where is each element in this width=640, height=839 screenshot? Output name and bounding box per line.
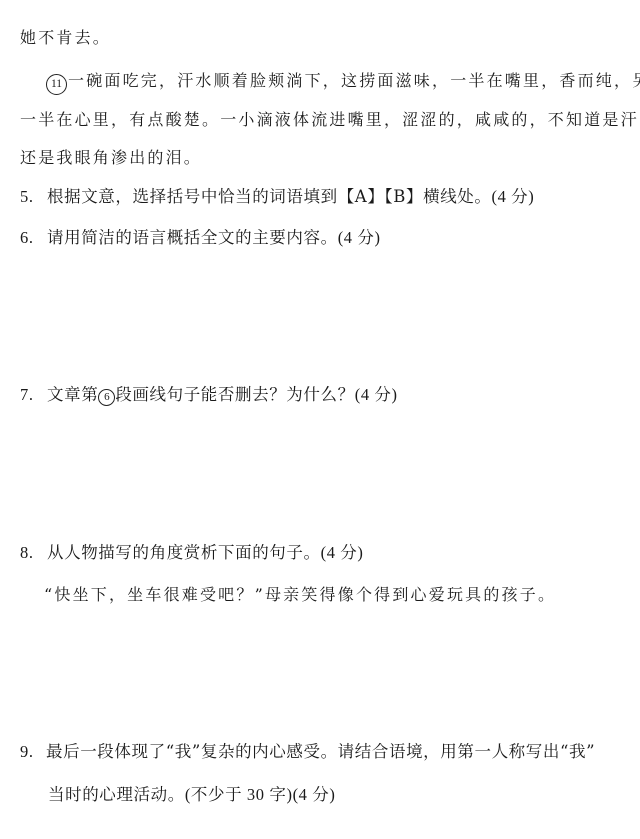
- question-7: 7.文章第6段画线句子能否删去？为什么？(4 分): [20, 385, 398, 406]
- question-text-before: 文章第: [47, 385, 98, 404]
- question-6: 6.请用简洁的语言概括全文的主要内容。(4 分): [20, 228, 381, 248]
- question-9: 9.最后一段体现了“我”复杂的内心感受。请结合语境，用第一人称写出“我”: [20, 742, 595, 762]
- question-text: 请用简洁的语言概括全文的主要内容。: [47, 228, 338, 247]
- question-9-line-2: 当时的心理活动。(不少于 30 字)(4 分): [48, 785, 335, 805]
- answer-space-question-8: [20, 612, 620, 737]
- question-score: (4 分): [355, 385, 398, 404]
- paragraph-reference-circle: 6: [98, 389, 115, 406]
- question-5: 5.根据文意，选择括号中恰当的词语填到【A】【B】横线处。(4 分): [20, 187, 534, 207]
- question-text-line-2: 当时的心理活动。: [48, 785, 185, 804]
- answer-space-question-7: [20, 412, 620, 537]
- question-text-line-1: 最后一段体现了“我”复杂的内心感受。请结合语境，用第一人称写出“我”: [46, 742, 595, 761]
- question-text: 从人物描写的角度赏析下面的句子。: [47, 543, 321, 562]
- question-number: 7.: [20, 385, 47, 405]
- question-8-quote: “快坐下，坐车很难受吧？”母亲笑得像个得到心爱玩具的孩子。: [44, 585, 556, 605]
- paragraph-11-line-2: 一半在心里，有点酸楚。一小滴液体流进嘴里，涩涩的，咸咸的，不知道是汗，: [20, 110, 640, 130]
- question-number: 9.: [20, 742, 46, 762]
- paragraph-number-circle: 11: [46, 74, 67, 95]
- question-text-after: 段画线句子能否删去？为什么？: [115, 385, 354, 404]
- answer-space-question-6: [20, 255, 620, 375]
- paragraph-11-line-3: 还是我眼角渗出的泪。: [20, 148, 202, 168]
- question-text: 根据文意，选择括号中恰当的词语填到【A】【B】横线处。: [47, 187, 492, 206]
- question-score: (4 分): [321, 543, 364, 562]
- question-score: (4 分): [293, 785, 336, 804]
- paragraph-11-line-1: 11一碗面吃完，汗水顺着脸颊淌下，这捞面滋味，一半在嘴里，香而纯，另: [46, 71, 640, 95]
- passage-line-previous-end: 她不肯去。: [20, 28, 111, 48]
- question-number: 8.: [20, 543, 47, 563]
- question-number: 6.: [20, 228, 47, 248]
- paragraph-11-text-1: 一碗面吃完，汗水顺着脸颊淌下，这捞面滋味，一半在嘴里，香而纯，另: [68, 71, 640, 90]
- question-score: (4 分): [492, 187, 535, 206]
- question-score: (4 分): [338, 228, 381, 247]
- question-requirement: (不少于 30 字): [185, 785, 293, 804]
- question-8: 8.从人物描写的角度赏析下面的句子。(4 分): [20, 543, 363, 563]
- question-number: 5.: [20, 187, 47, 207]
